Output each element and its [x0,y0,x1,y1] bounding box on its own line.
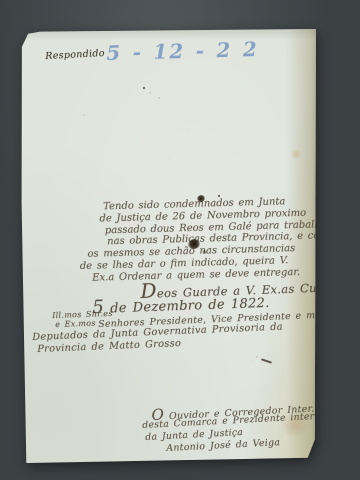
manuscript-page: Respondido 5 - 12 - 2 2 Tendo sido conde… [18,29,316,463]
foxing-stain [280,414,310,436]
ink-dash-mark [261,358,272,363]
ink-blot [202,250,207,254]
paper-shadow-wrap: Respondido 5 - 12 - 2 2 Tendo sido conde… [0,0,360,480]
addressee-margin-abbrev: e Ex.mos [55,319,96,329]
archival-ink-note: Respondido [45,48,105,62]
paper-specks [18,29,20,31]
foxing-stain [290,149,302,159]
ink-blot [188,239,200,249]
photo-backdrop: Respondido 5 - 12 - 2 2 Tendo sido conde… [0,0,360,480]
body-paragraph: Tendo sido condemnados em Junta de Justi… [78,195,330,285]
archival-pencil-number: 5 - 12 - 2 2 [106,37,259,65]
ink-blot [197,195,205,202]
